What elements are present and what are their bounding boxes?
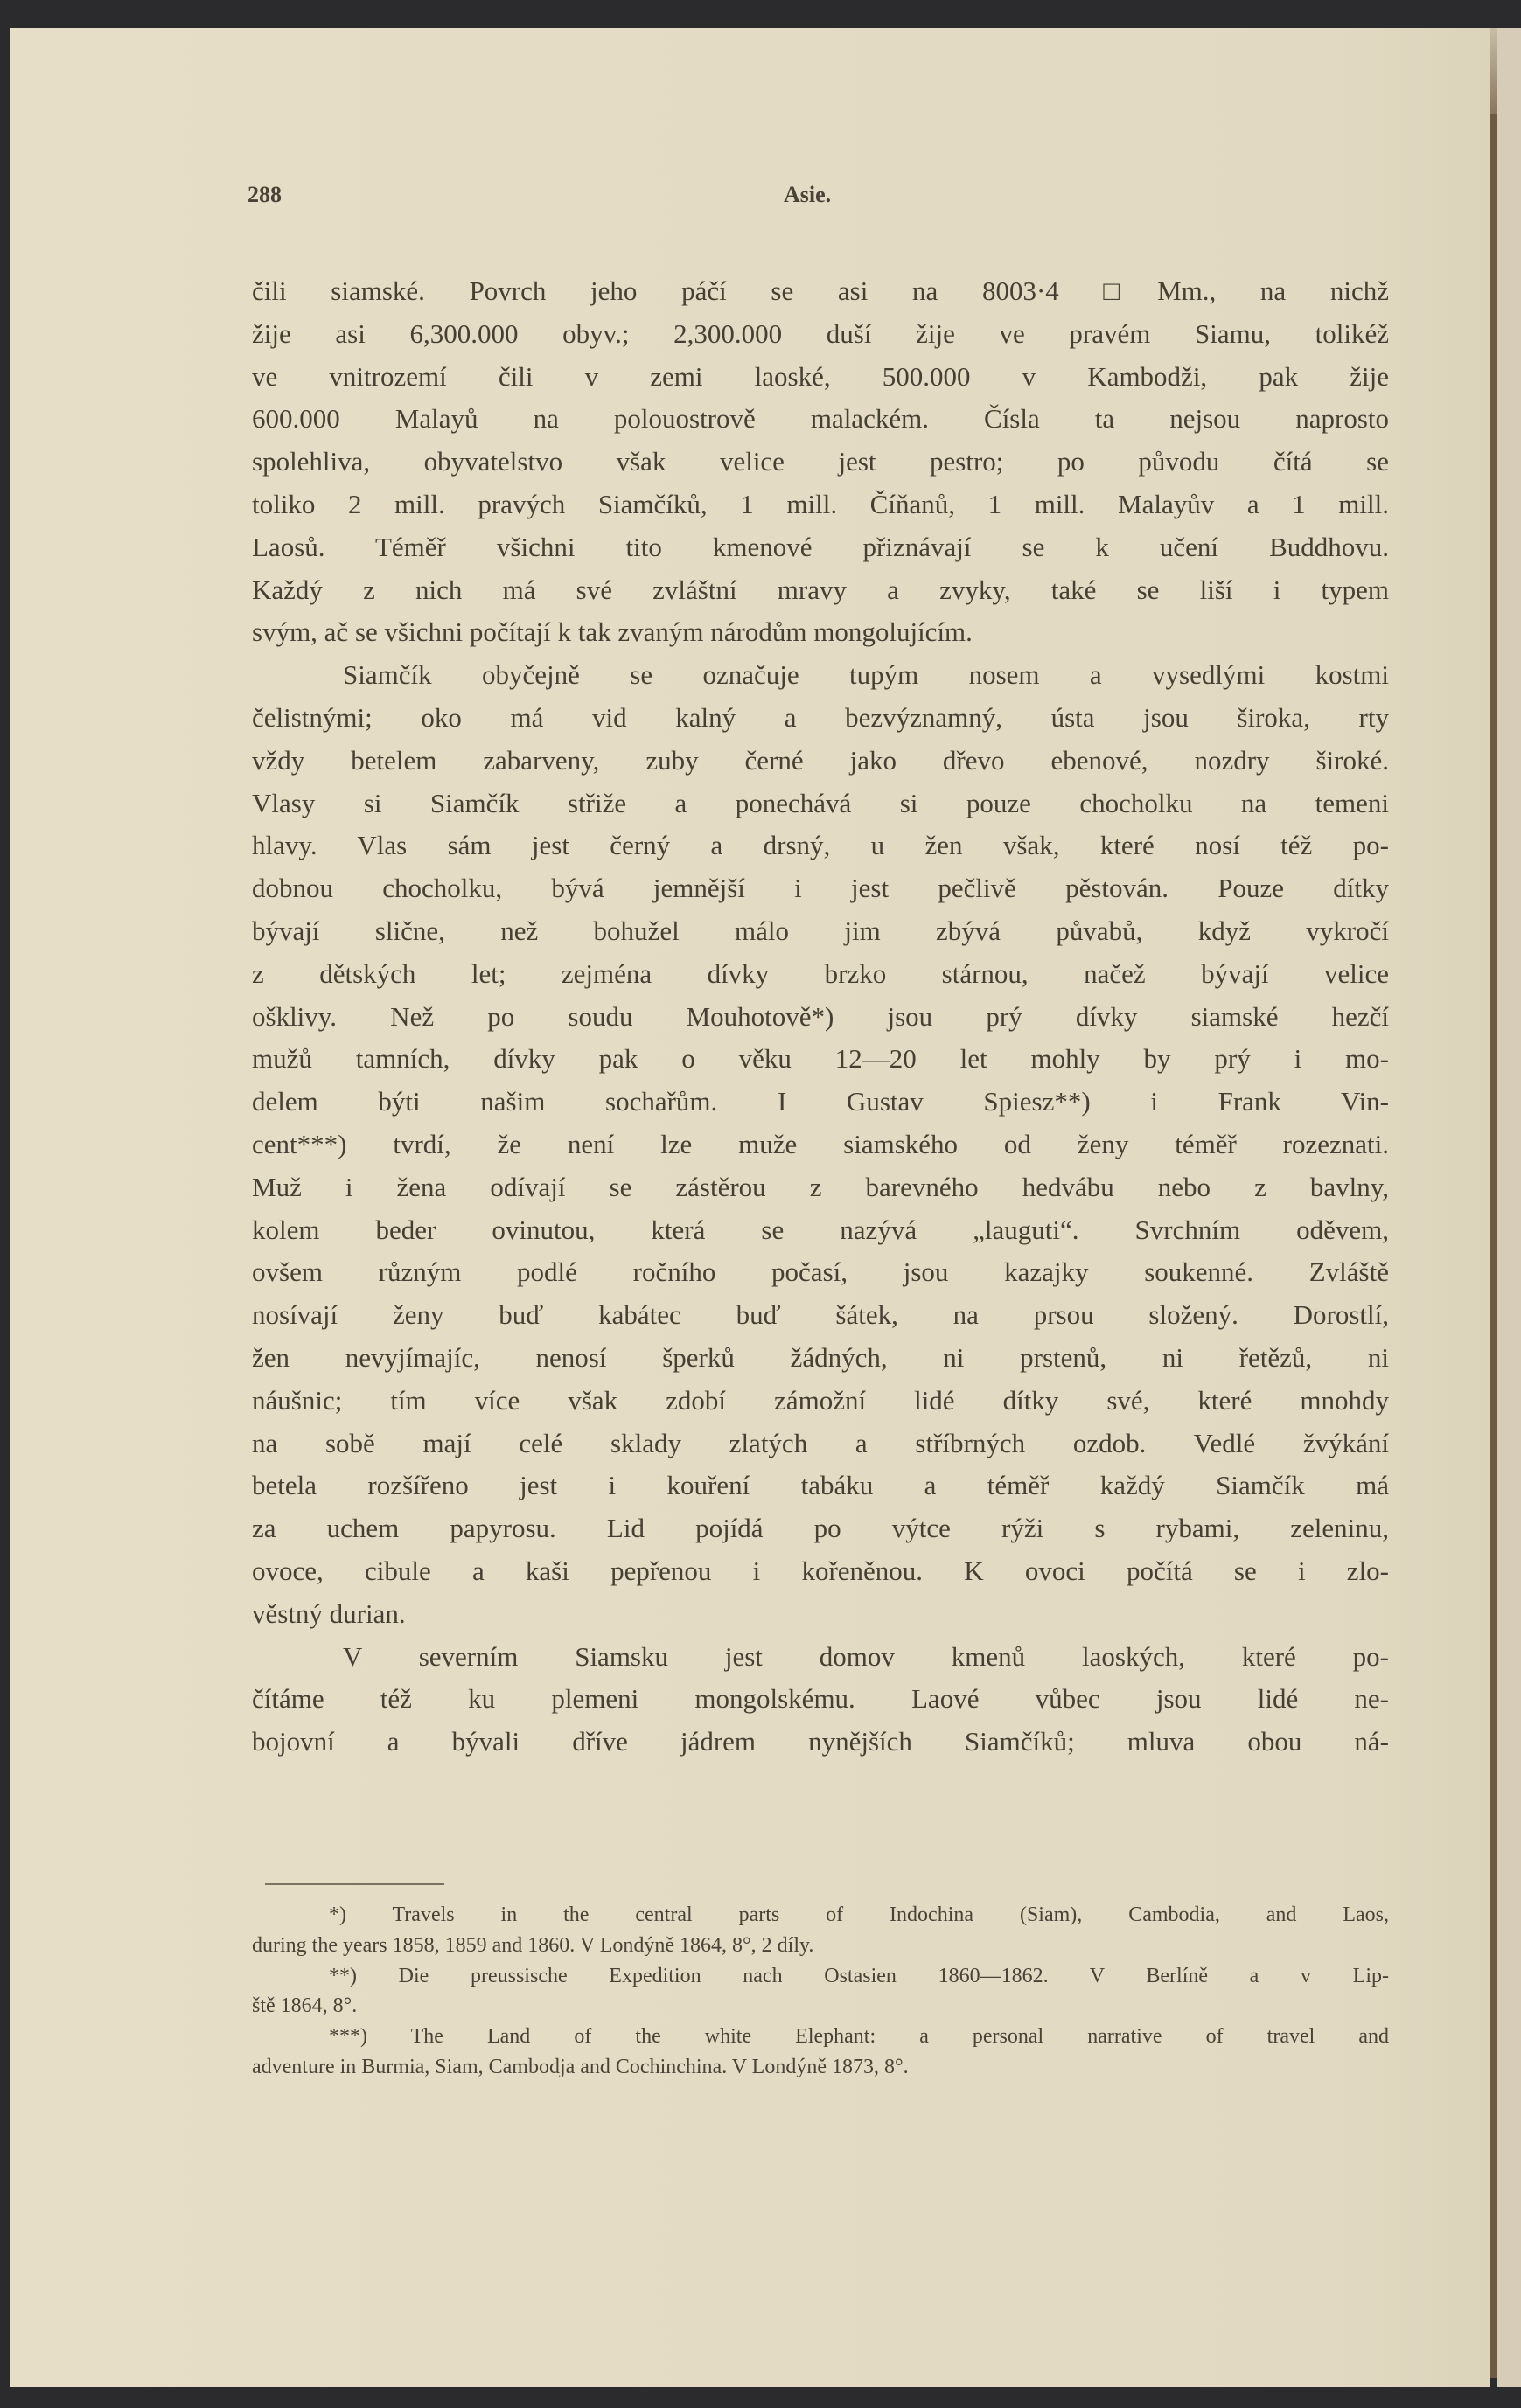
footnote-1: *) Travels in the central parts of Indoc… <box>252 1900 1389 1931</box>
text-line: bojovní a bývali dříve jádrem nynějších … <box>252 1721 1389 1764</box>
text-line: ošklivy. Než po soudu Mouhotově*) jsou p… <box>252 996 1389 1039</box>
text-line: svým, ač se všichni počítají k tak zvaný… <box>252 611 1389 654</box>
text-line: čelistnými; oko má vid kalný a bezvýznam… <box>252 697 1389 740</box>
text-line: betela rozšířeno jest i kouření tabáku a… <box>252 1465 1389 1507</box>
running-title: Asie. <box>784 182 831 208</box>
page-edge-upper <box>1490 28 1497 114</box>
text-line: ve vnitrozemí čili v zemi laoské, 500.00… <box>252 356 1389 399</box>
text-line: Vlasy si Siamčík střiže a ponechává si p… <box>252 783 1389 825</box>
text-line: 600.000 Malayů na polouostrově malackém.… <box>252 398 1389 441</box>
text-line: Každý z nich má své zvláštní mravy a zvy… <box>252 569 1389 612</box>
footnote-2-cont: ště 1864, 8°. <box>252 1991 1389 2022</box>
text-line: žije asi 6,300.000 obyv.; 2,300.000 duší… <box>252 313 1389 356</box>
running-head: 288 Asie. <box>248 182 1385 217</box>
footnote-rule <box>265 1883 444 1885</box>
text-line: dobnou chocholku, bývá jemnější i jest p… <box>252 867 1389 910</box>
paragraph-start-line: Siamčík obyčejně se označuje tupým nosem… <box>252 654 1389 697</box>
footnote-3-cont: adventure in Burmia, Siam, Cambodja and … <box>252 2052 1389 2083</box>
footnote-1-cont: during the years 1858, 1859 and 1860. V … <box>252 1931 1389 1961</box>
text-line: z dětských let; zejména dívky brzko stár… <box>252 953 1389 996</box>
page-edge-line <box>1490 114 1497 2378</box>
text-line: ovšem různým podlé ročního počasí, jsou … <box>252 1251 1389 1294</box>
text-line: Muž i žena odívají se zástěrou z barevné… <box>252 1166 1389 1209</box>
footnote-3: ***) The Land of the white Elephant: a p… <box>252 2022 1389 2052</box>
text-line: kolem beder ovinutou, která se nazývá „l… <box>252 1209 1389 1252</box>
text-line: čili siamské. Povrch jeho páčí se asi na… <box>252 270 1389 313</box>
page-number: 288 <box>248 182 282 208</box>
text-line: cent***) tvrdí, že není lze muže siamské… <box>252 1124 1389 1166</box>
text-line: za uchem papyrosu. Lid pojídá po výtce r… <box>252 1507 1389 1550</box>
text-line: spolehliva, obyvatelstvo však velice jes… <box>252 441 1389 484</box>
text-line: náušnic; tím více však zdobí zámožní lid… <box>252 1380 1389 1423</box>
text-line: ovoce, cibule a kaši pepřenou i kořeněno… <box>252 1550 1389 1593</box>
paragraph-start-line: V severním Siamsku jest domov kmenů laos… <box>252 1636 1389 1679</box>
text-line: čítáme též ku plemeni mongolskému. Laové… <box>252 1678 1389 1721</box>
text-line: nosívají ženy buď kabátec buď šátek, na … <box>252 1294 1389 1337</box>
text-line: věstný durian. <box>252 1593 1389 1636</box>
text-line: toliko 2 mill. pravých Siamčíků, 1 mill.… <box>252 484 1389 526</box>
text-line: na sobě mají celé sklady zlatých a stříb… <box>252 1423 1389 1465</box>
footnote-2: **) Die preussische Expedition nach Osta… <box>252 1961 1389 1992</box>
next-page-edge <box>1497 28 1521 2387</box>
text-line: hlavy. Vlas sám jest černý a drsný, u že… <box>252 825 1389 867</box>
body-text: čili siamské. Povrch jeho páčí se asi na… <box>252 270 1389 1764</box>
footnotes: *) Travels in the central parts of Indoc… <box>252 1900 1389 2083</box>
text-line: Laosů. Téměř všichni tito kmenové přizná… <box>252 526 1389 569</box>
text-line: bývají slične, než bohužel málo jim zbýv… <box>252 910 1389 953</box>
text-line: žen nevyjímajíc, nenosí šperků žádných, … <box>252 1337 1389 1380</box>
text-line: mužů tamních, dívky pak o věku 12—20 let… <box>252 1038 1389 1081</box>
text-line: vždy betelem zabarveny, zuby černé jako … <box>252 740 1389 783</box>
text-line: delem býti našim sochařům. I Gustav Spie… <box>252 1081 1389 1124</box>
